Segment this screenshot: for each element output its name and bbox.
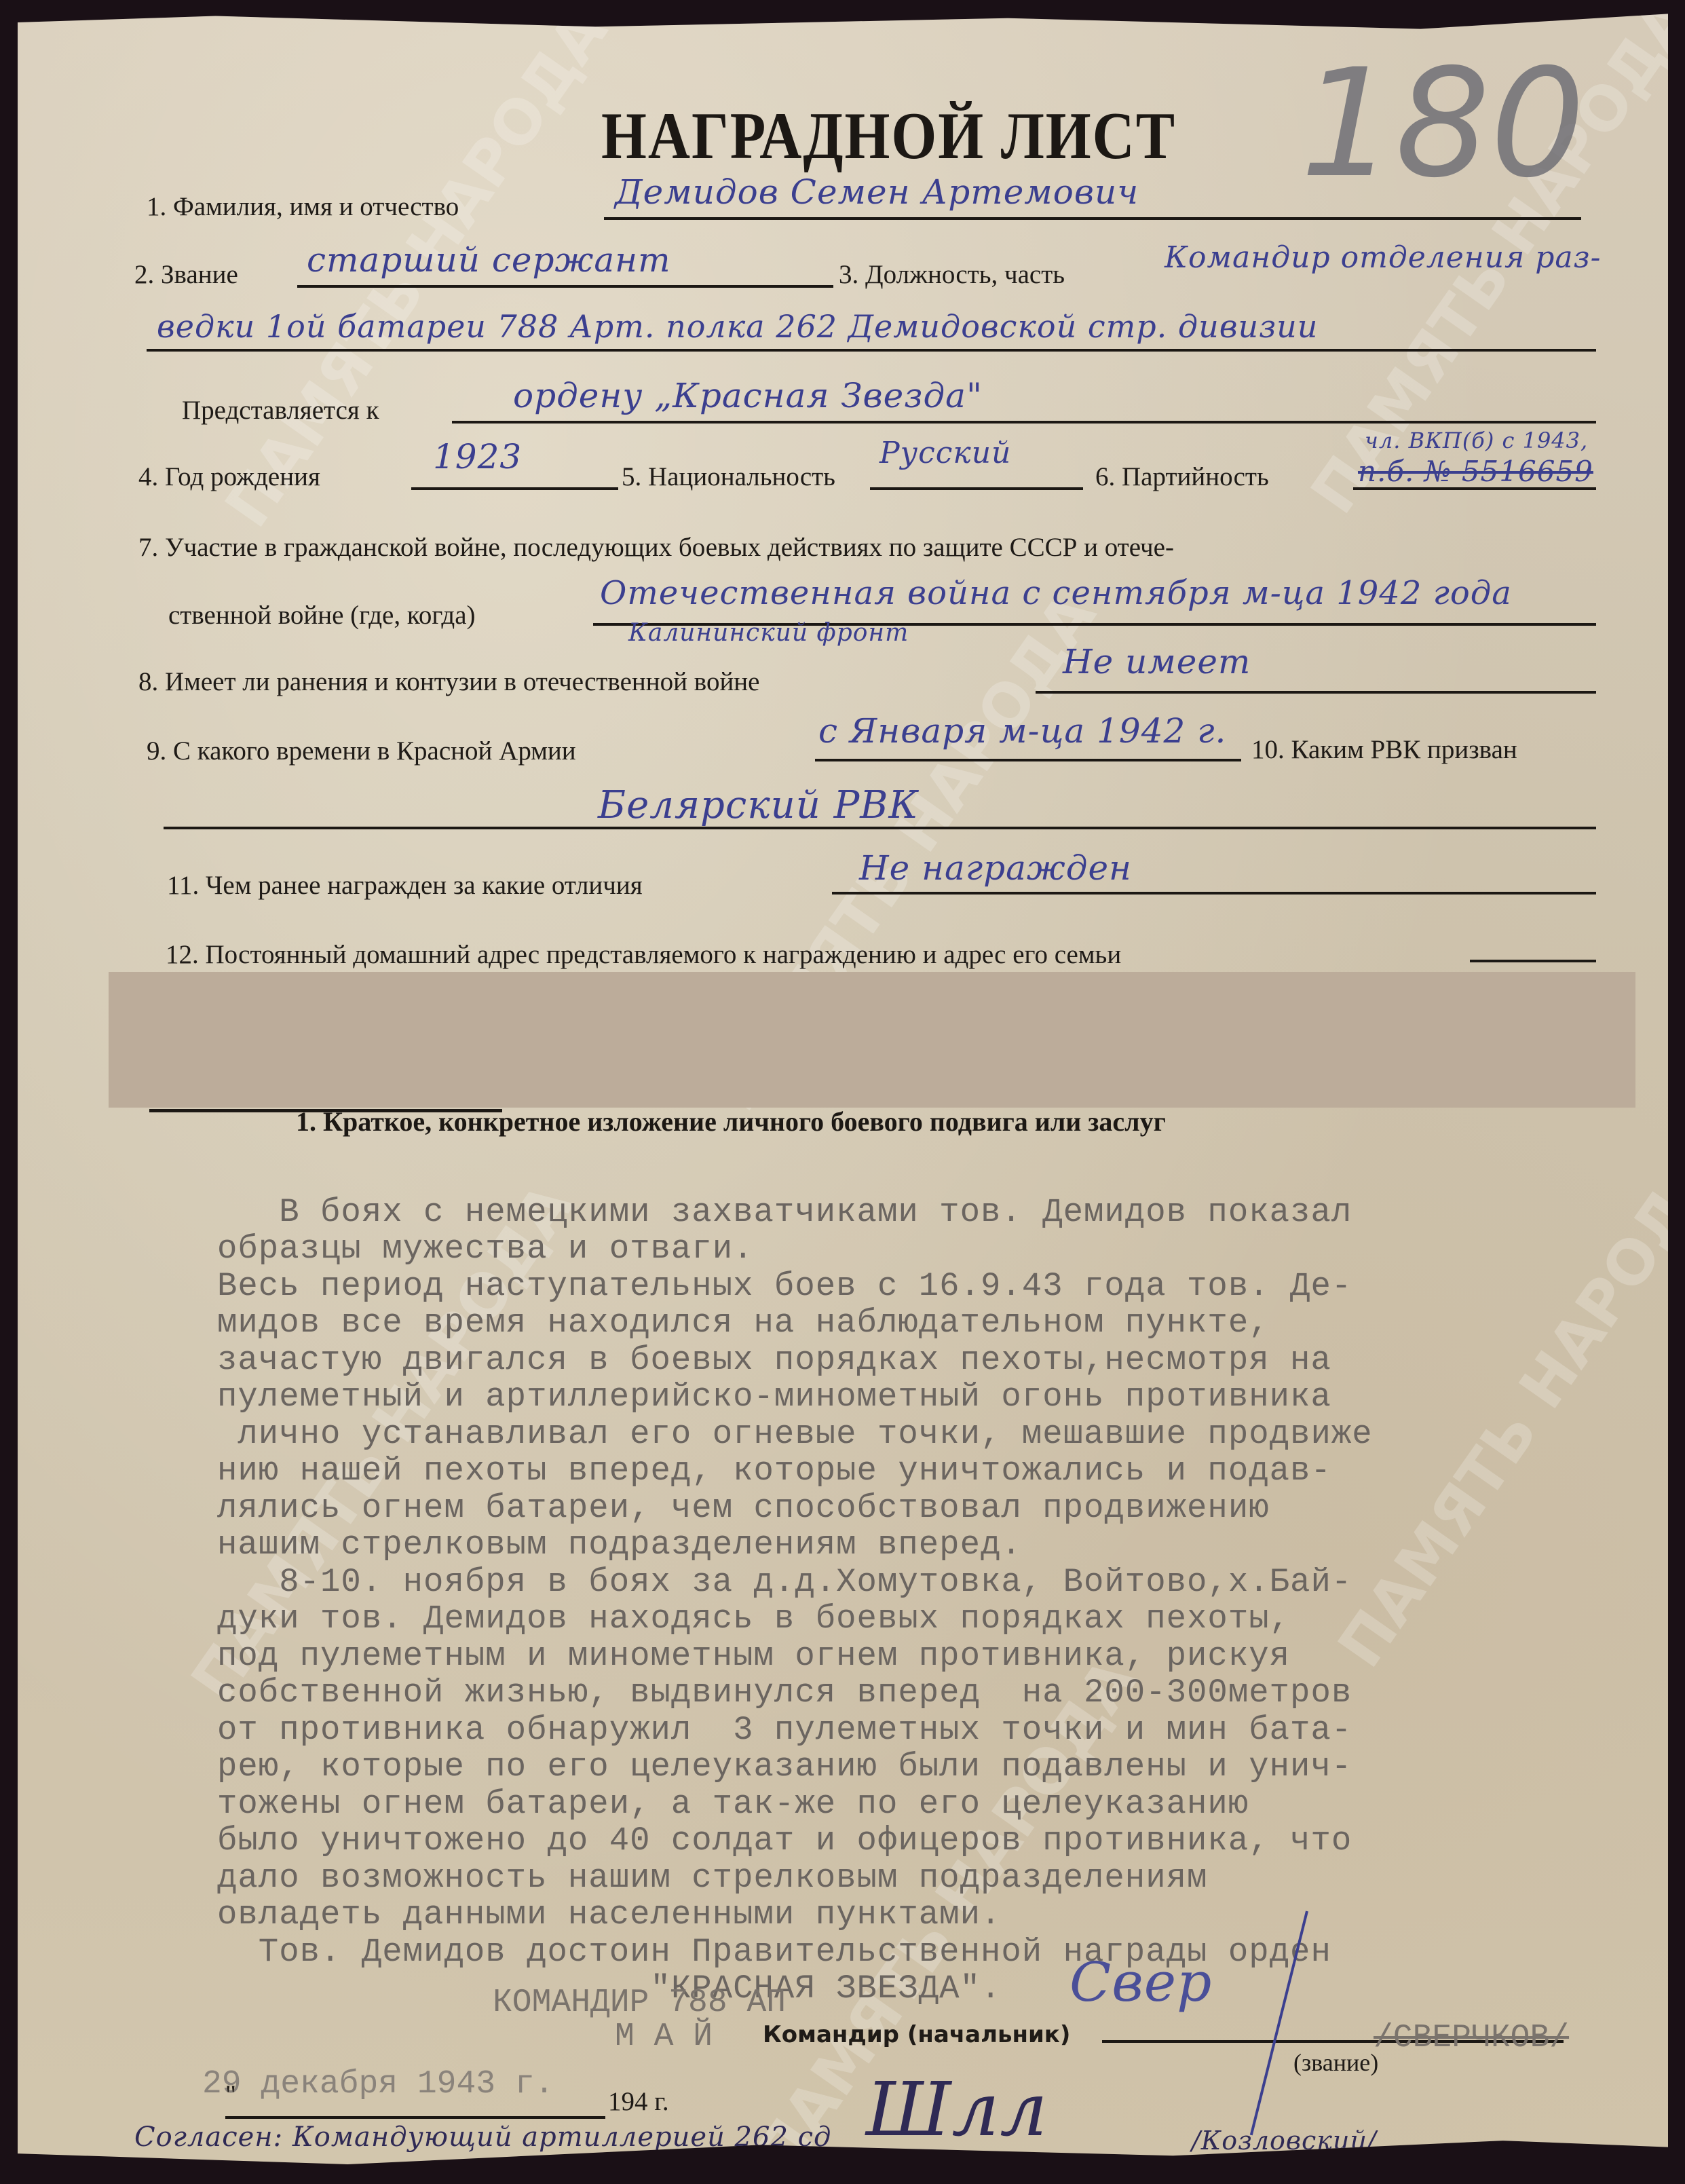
text-line: от противника обнаружил 3 пулеметных точ… — [217, 1711, 1352, 1749]
text-line: овладеть данными населенными пунктами. — [217, 1896, 1001, 1934]
value-war-participation: Отечественная война с сентября м-ца 1942… — [600, 574, 1512, 612]
label-war-participation: 7. Участие в гражданской войне, последую… — [138, 532, 1174, 563]
text-line: В боях с немецкими захватчиками тов. Дем… — [217, 1193, 1352, 1231]
label-draft-office: 10. Каким РВК призван — [1251, 734, 1517, 765]
rule — [1470, 960, 1596, 962]
label-party: 6. Партийность — [1095, 462, 1269, 492]
label-previous-awards: 11. Чем ранее награжден за какие отличия — [167, 870, 643, 901]
approval-rank: Полковник — [632, 2151, 780, 2179]
typed-commander-name: /СВЕРЧКОВ/ — [1374, 2020, 1569, 2056]
label-army-since: 9. С какого времени в Красной Армии — [147, 736, 576, 766]
redacted-address-block — [109, 972, 1635, 1108]
date-form-quote: " — [225, 2079, 236, 2110]
label-birth-year: 4. Год рождения — [138, 462, 320, 492]
value-draft-office: Белярский РВК — [598, 783, 919, 827]
text-line: нию нашей пехоты вперед, которые уничтож… — [217, 1452, 1331, 1490]
rule — [225, 2116, 605, 2119]
label-position: 3. Должность, часть — [839, 259, 1065, 290]
label-rank-caption: (звание) — [1293, 2048, 1378, 2077]
text-line: мидов все время находился на наблюдатель… — [217, 1304, 1270, 1342]
value-full-name: Демидов Семен Артемович — [615, 172, 1139, 212]
text-line: 8-10. ноября в боях за д.д.Хомутовка, Во… — [217, 1563, 1352, 1601]
rule — [604, 217, 1581, 220]
value-wounds: Не имеет — [1063, 642, 1251, 681]
value-party-card: п.б. № 5516659 — [1358, 455, 1593, 488]
label-nominated-for: Представляется к — [182, 395, 379, 426]
section-heading: 1. Краткое, конкретное изложение личного… — [296, 1106, 1166, 1137]
text-line: тожены огнем батареи, а так-же по его це… — [217, 1785, 1249, 1823]
text-line: под пулеметным и минометным огнем против… — [217, 1637, 1290, 1675]
value-party-membership: чл. ВКП(б) с 1943, — [1365, 428, 1588, 453]
value-nationality: Русский — [879, 436, 1011, 470]
rule — [297, 285, 833, 288]
label-commander: Командир (начальник) — [763, 2021, 1070, 2048]
rule — [815, 759, 1241, 761]
date-form-year: 194 г. — [608, 2086, 669, 2117]
label-home-address: 12. Постоянный домашний адрес представля… — [166, 939, 1121, 970]
value-position-line2: ведки 1ой батареи 788 Арт. полка 262 Дем… — [157, 308, 1318, 345]
label-full-name: 1. Фамилия, имя и отчество — [147, 191, 459, 222]
text-line: рею, которые по его целеуказанию были по… — [217, 1748, 1352, 1786]
value-position-line1: Командир отделения раз- — [1165, 240, 1602, 275]
commander-signature: Свер — [1069, 1951, 1212, 2014]
value-army-since: с Января м-ца 1942 г. — [818, 711, 1226, 751]
approver-signature: Шлл — [866, 2066, 1048, 2153]
label-wounds: 8. Имеет ли ранения и контузии в отечест… — [138, 666, 760, 697]
typed-date: 29 декабря 1943 г. — [202, 2066, 554, 2103]
archive-number: 180 — [1300, 37, 1585, 210]
value-nominated-for: ордену „Красная Звезда" — [513, 376, 983, 415]
text-line: пулеметный и артиллерийско-минометный ог… — [217, 1378, 1331, 1416]
approval-text: Согласен: Командующий артиллерией 262 сд — [134, 2122, 831, 2153]
value-front: Калининский фронт — [628, 619, 909, 647]
rule — [411, 487, 618, 490]
label-war-participation-cont: ственной войне (где, когда) — [168, 600, 476, 630]
typed-commander-title: КОМАНДИР 788 АП — [493, 1984, 786, 2021]
value-rank: старший сержант — [307, 240, 670, 280]
award-sheet-page: ПАМЯТЬ НАРОДА ПАМЯТЬ НАРОДА ПАМЯТЬ НАРОД… — [18, 10, 1668, 2164]
rule — [452, 421, 1596, 423]
rule — [164, 827, 1596, 829]
document-title: НАГРАДНОЙ ЛИСТ — [601, 96, 1176, 174]
merit-description: В боях с немецкими захватчиками тов. Дем… — [217, 1156, 1608, 2008]
approver-name: /Козловский/ — [1192, 2126, 1377, 2155]
text-line: дало возможность нашим стрелковым подраз… — [217, 1859, 1207, 1897]
text-line: зачастую двигался в боевых порядках пехо… — [217, 1341, 1331, 1379]
text-line: образцы мужества и отваги. — [217, 1230, 754, 1268]
rule — [832, 892, 1596, 895]
rule — [1353, 487, 1596, 490]
typed-commander-rank: М А Й — [615, 2018, 713, 2055]
text-line: лично устанавливал его огневые точки, ме… — [217, 1415, 1373, 1453]
rule — [147, 349, 1596, 352]
label-nationality: 5. Национальность — [622, 462, 835, 492]
value-previous-awards: Не награжден — [859, 848, 1132, 888]
rule — [870, 487, 1083, 490]
rule — [1036, 691, 1596, 694]
text-line: было уничтожено до 40 солдат и офицеров … — [217, 1822, 1352, 1860]
text-line: лялись огнем батареи, чем способствовал … — [217, 1489, 1270, 1527]
text-line: дуки тов. Демидов находясь в боевых поря… — [217, 1600, 1290, 1638]
label-rank: 2. Звание — [134, 259, 238, 290]
value-birth-year: 1923 — [433, 437, 522, 476]
text-line: Весь период наступательных боев с 16.9.4… — [217, 1267, 1352, 1305]
text-line: собственной жизнью, выдвинулся вперед на… — [217, 1674, 1352, 1712]
text-line: нашим стрелковым подразделениям вперед. — [217, 1526, 1022, 1564]
